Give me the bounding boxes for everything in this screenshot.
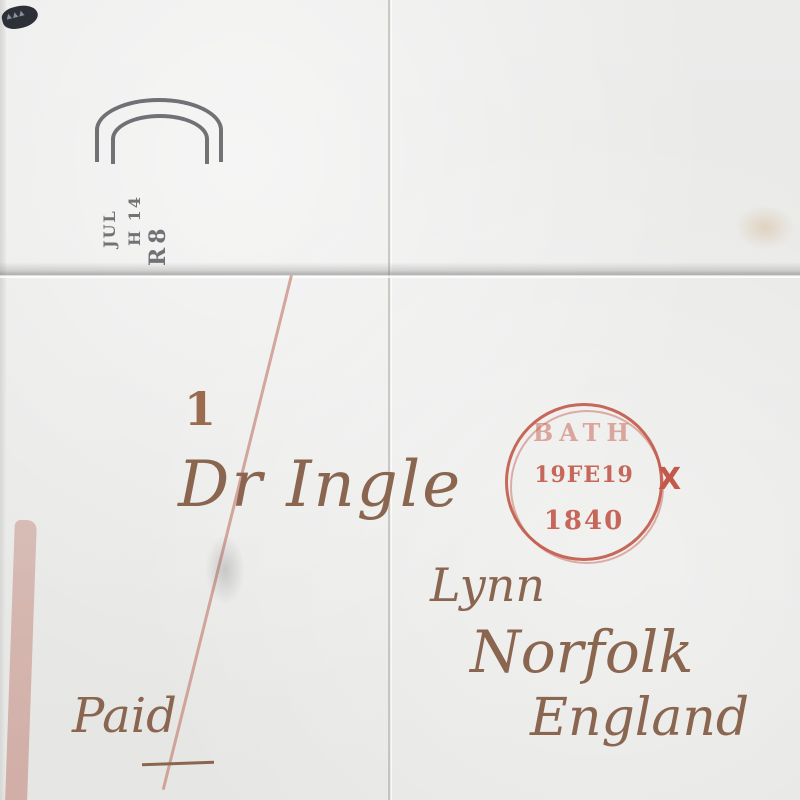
address-county: Norfolk <box>470 618 693 686</box>
bath-circular-datestamp: BATH 19FE19 1840 <box>505 403 663 561</box>
backstamp-line-2: H 14 <box>125 195 144 246</box>
postmark-year: 1840 <box>508 506 660 536</box>
postage-rate-mark: 1 <box>184 382 216 436</box>
backstamp-line-3: R8 <box>145 224 171 266</box>
paid-annotation: Paid <box>72 688 177 744</box>
backstamp-line-1: JUL <box>100 209 119 248</box>
postmark-town: BATH <box>508 418 660 447</box>
postmark-date: 19FE19 <box>508 462 660 488</box>
ink-smudge <box>205 535 245 605</box>
address-town: Lynn <box>430 558 545 612</box>
paper-edge <box>0 0 6 800</box>
addressee-name: Dr Ingle <box>178 448 462 522</box>
backstamp-inner-arc <box>111 114 209 164</box>
vertical-fold-highlight <box>391 0 392 800</box>
vertical-fold-line <box>388 0 390 800</box>
receiving-backstamp: JUL H 14 R8 <box>95 98 225 268</box>
paper-stain <box>735 205 795 250</box>
horizontal-fold-highlight <box>0 276 800 278</box>
address-country: England <box>530 688 749 748</box>
postmark-cross-mark: X <box>658 462 681 497</box>
